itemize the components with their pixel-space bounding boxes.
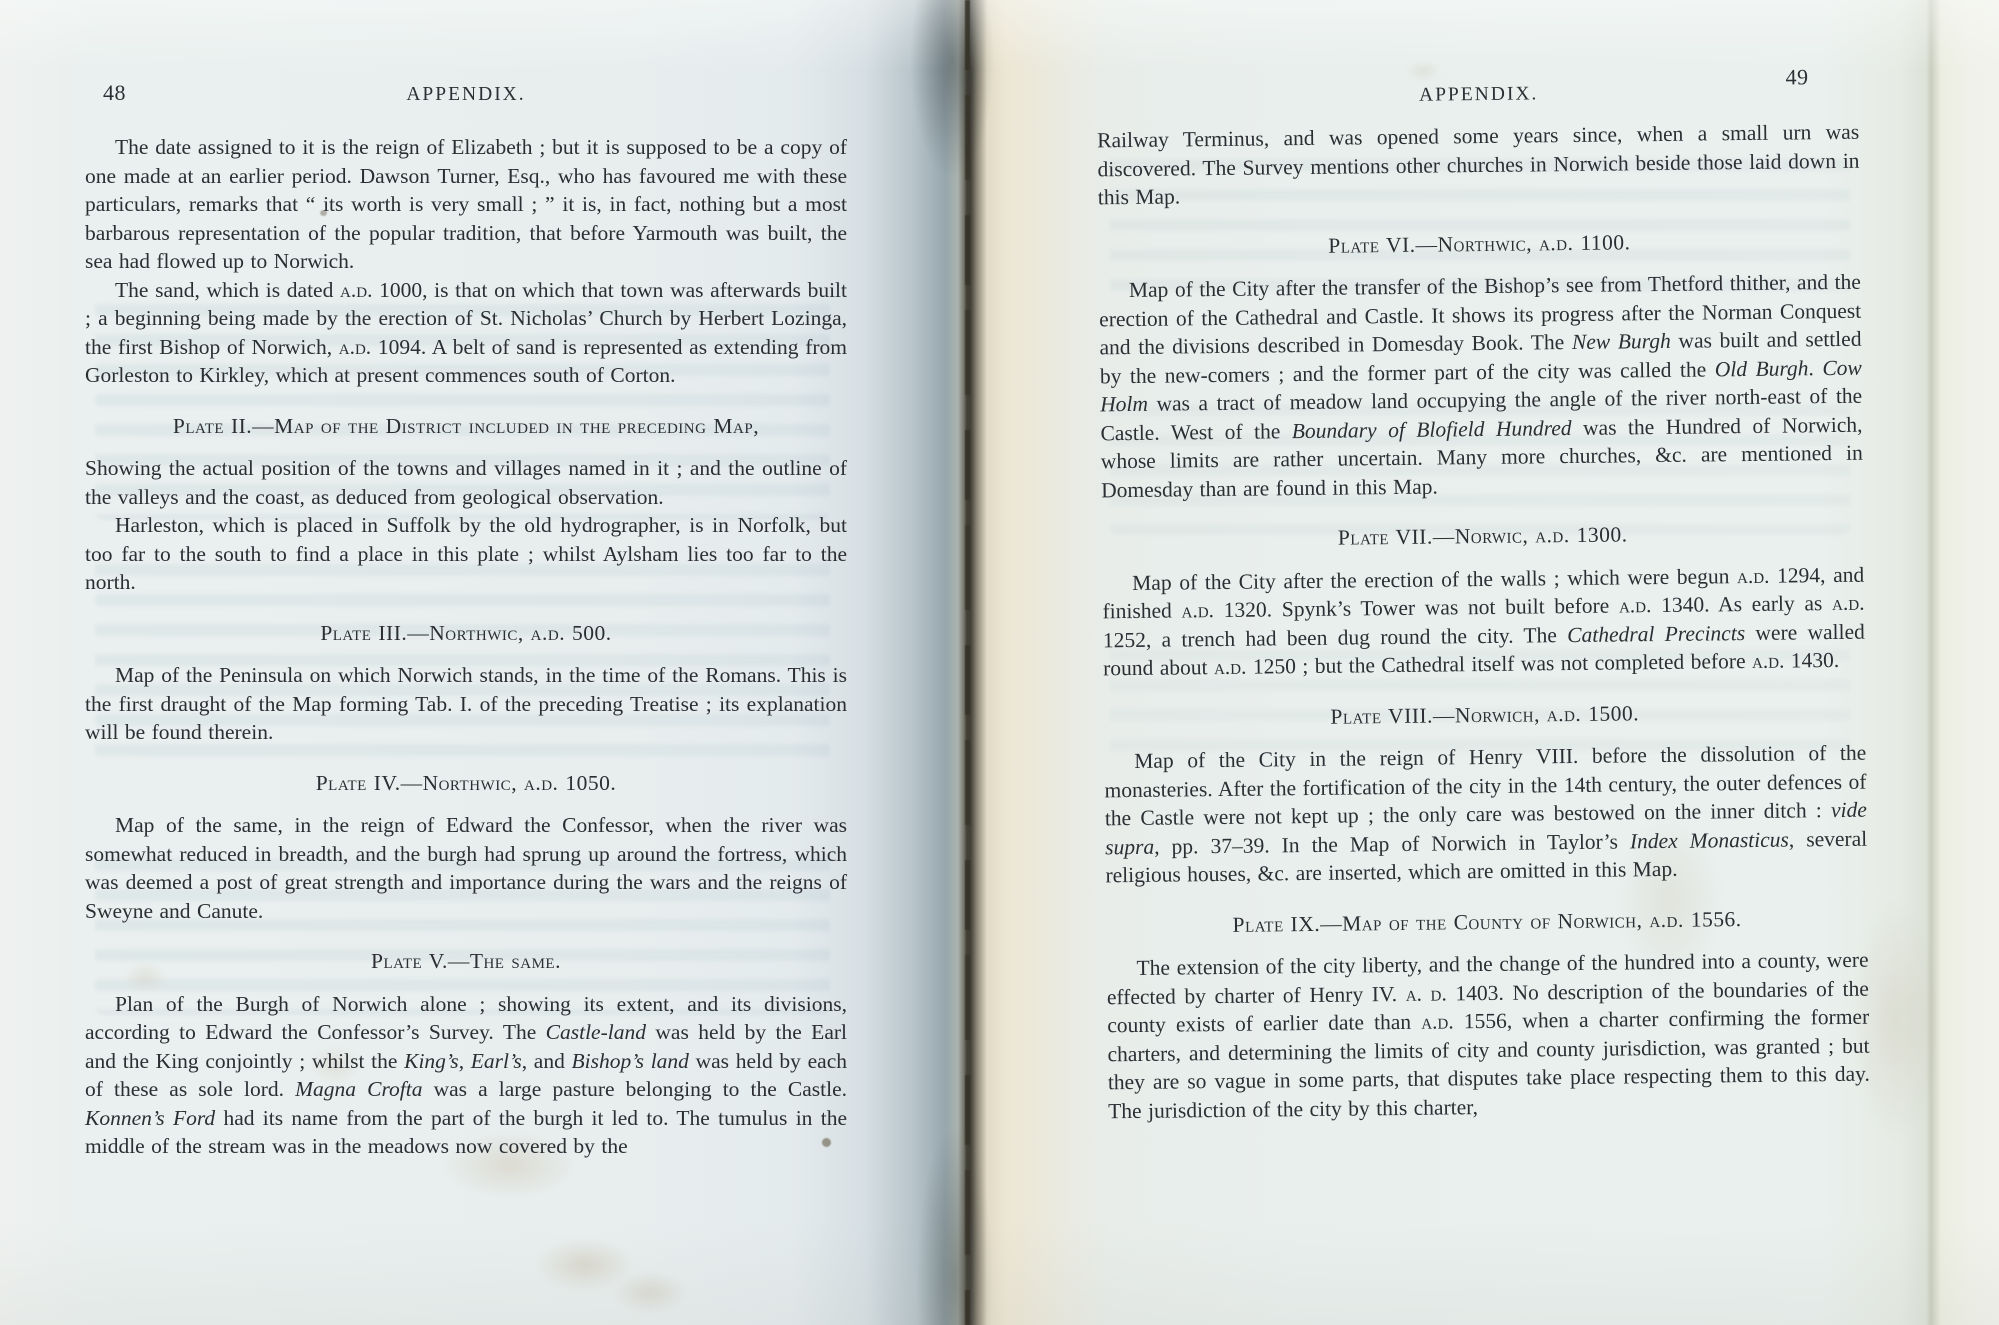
right-page-text: Railway Terminus, and was opened some ye… [1097, 118, 1870, 1126]
plate-heading: Plate IX.—Map of the County of Norwich, … [1106, 903, 1868, 940]
right-page: 49 APPENDIX. Railway Terminus, and was o… [1078, 46, 1892, 1255]
paragraph: Railway Terminus, and was opened some ye… [1097, 118, 1860, 212]
plate-heading: Plate IV.—Northwic, a.d. 1050. [85, 769, 847, 798]
plate-heading: Plate V.—The same. [85, 947, 847, 976]
left-page-text: The date assigned to it is the reign of … [85, 133, 847, 1161]
paragraph: Map of the City after the erection of th… [1102, 560, 1865, 683]
paragraph: The date assigned to it is the reign of … [85, 133, 847, 276]
paragraph: Showing the actual position of the towns… [85, 454, 847, 511]
stain [520, 1230, 650, 1300]
paragraph: Map of the City after the transfer of th… [1099, 268, 1864, 505]
book-scan: 48 APPENDIX. The date assigned to it is … [0, 0, 1999, 1325]
paragraph: Plan of the Burgh of Norwich alone ; sho… [85, 990, 847, 1161]
paragraph: The sand, which is dated a.d. 1000, is t… [85, 276, 847, 390]
paragraph: The extension of the city liberty, and t… [1106, 946, 1870, 1126]
plate-heading: Plate VI.—Northwic, a.d. 1100. [1098, 225, 1860, 262]
plate-heading: Plate VII.—Norwic, a.d. 1300. [1102, 518, 1864, 555]
plate-heading: Plate VIII.—Norwich, a.d. 1500. [1104, 696, 1866, 733]
stain [600, 1265, 700, 1320]
running-head: APPENDIX. [1099, 80, 1859, 111]
paragraph: Harleston, which is placed in Suffolk by… [85, 511, 847, 597]
paragraph: Map of the Peninsula on which Norwich st… [85, 661, 847, 747]
plate-heading: Plate II.—Map of the District included i… [85, 412, 847, 441]
paragraph: Map of the City in the reign of Henry VI… [1104, 739, 1868, 890]
book-spine [965, 0, 970, 1325]
plate-heading: Plate III.—Northwic, a.d. 500. [85, 619, 847, 648]
paragraph: Map of the same, in the reign of Edward … [85, 811, 847, 925]
running-head: APPENDIX. [85, 84, 847, 106]
